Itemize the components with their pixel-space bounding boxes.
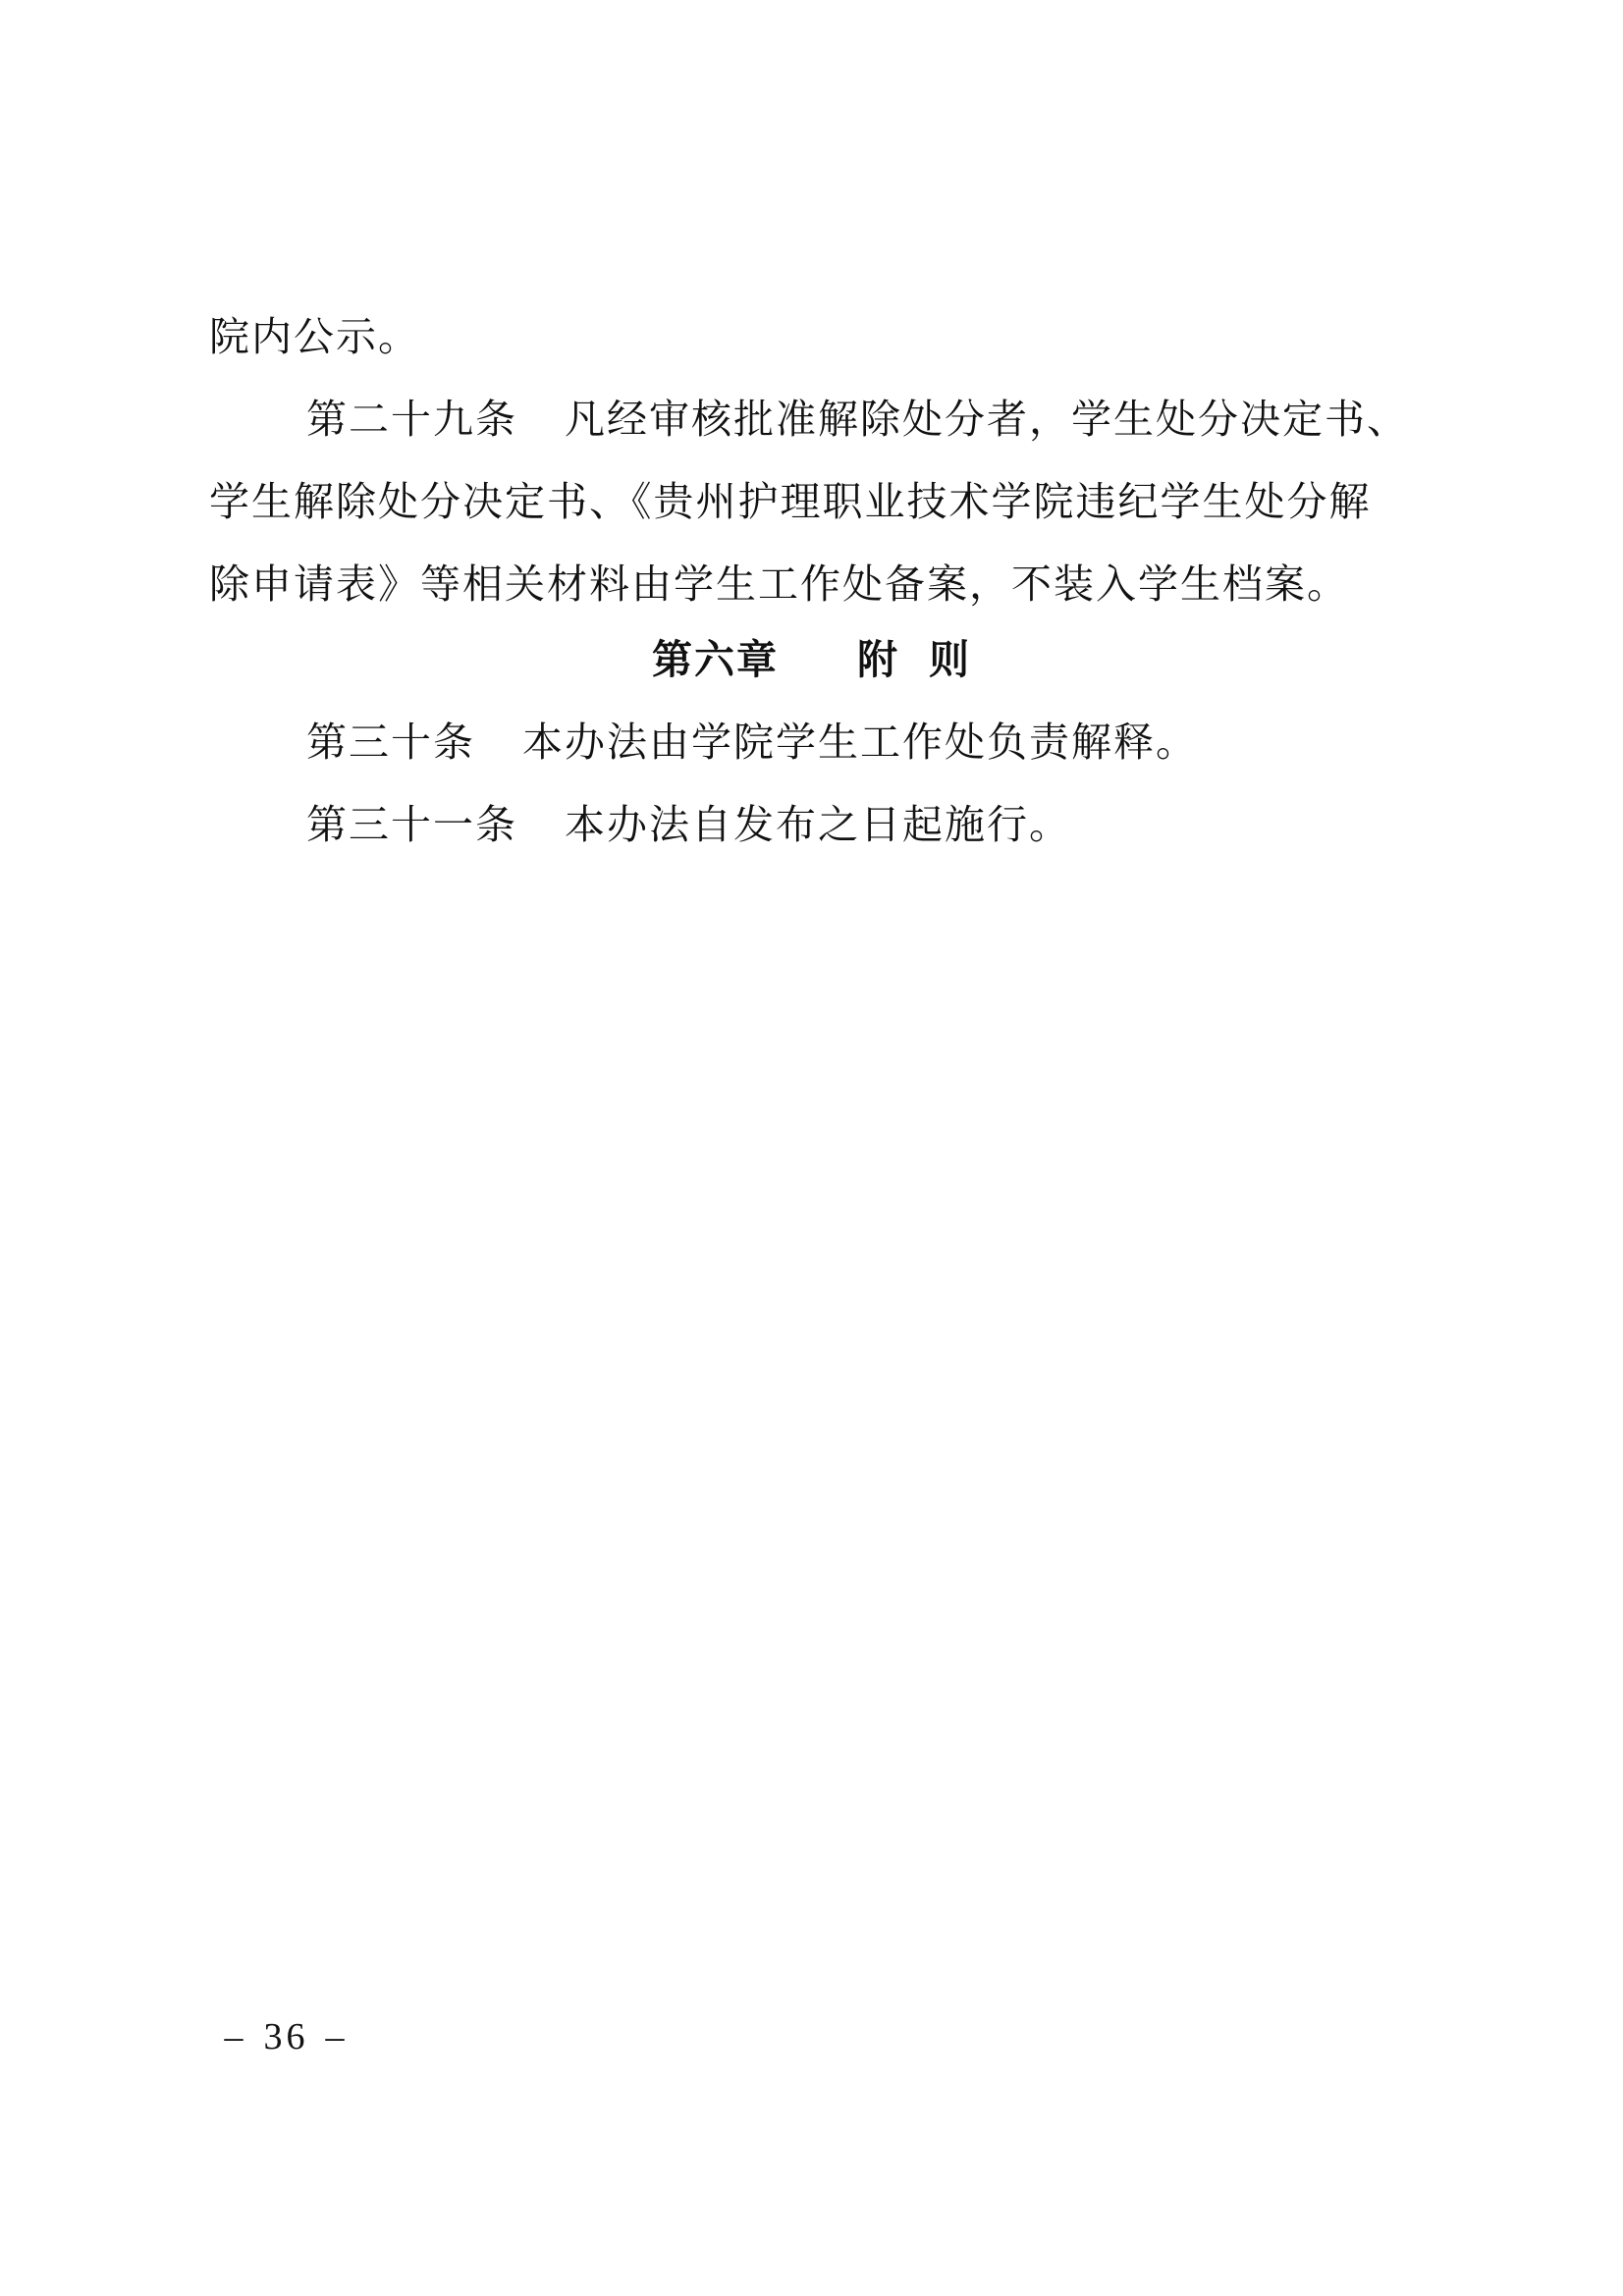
- paragraph-continuation: 院内公示。: [209, 312, 420, 361]
- page-number: 36: [264, 2016, 309, 2057]
- article-31-text: 本办法自发布之日起施行。: [565, 801, 1071, 848]
- article-29-line-2: 学生解除处分决定书、《贵州护理职业技术学院违纪学生处分解: [209, 477, 1372, 526]
- document-page: 院内公示。 第二十九条凡经审核批准解除处分者，学生处分决定书、 学生解除处分决定…: [0, 0, 1623, 2296]
- article-29-text-1: 凡经审核批准解除处分者，学生处分决定书、: [565, 396, 1409, 443]
- article-30-number: 第三十条: [306, 718, 475, 767]
- article-30: 第三十条本办法由学院学生工作处负责解释。: [306, 718, 1198, 767]
- dash-right: –: [322, 2012, 352, 2061]
- chapter-number: 第六章: [652, 636, 779, 683]
- page-number-footer: – 36 –: [221, 2012, 352, 2061]
- chapter-title-part2: 则: [929, 636, 971, 683]
- article-31-number: 第三十一条: [306, 800, 517, 849]
- article-29-line-1: 第二十九条凡经审核批准解除处分者，学生处分决定书、: [306, 395, 1409, 444]
- article-29-line-3: 除申请表》等相关材料由学生工作处备案，不装入学生档案。: [209, 560, 1349, 609]
- chapter-title-part1: 附: [857, 636, 899, 683]
- article-30-text: 本办法由学院学生工作处负责解释。: [522, 719, 1198, 766]
- dash-left: –: [221, 2012, 250, 2061]
- chapter-heading: 第六章附则: [0, 635, 1623, 684]
- article-31: 第三十一条本办法自发布之日起施行。: [306, 800, 1071, 849]
- article-29-number: 第二十九条: [306, 395, 517, 444]
